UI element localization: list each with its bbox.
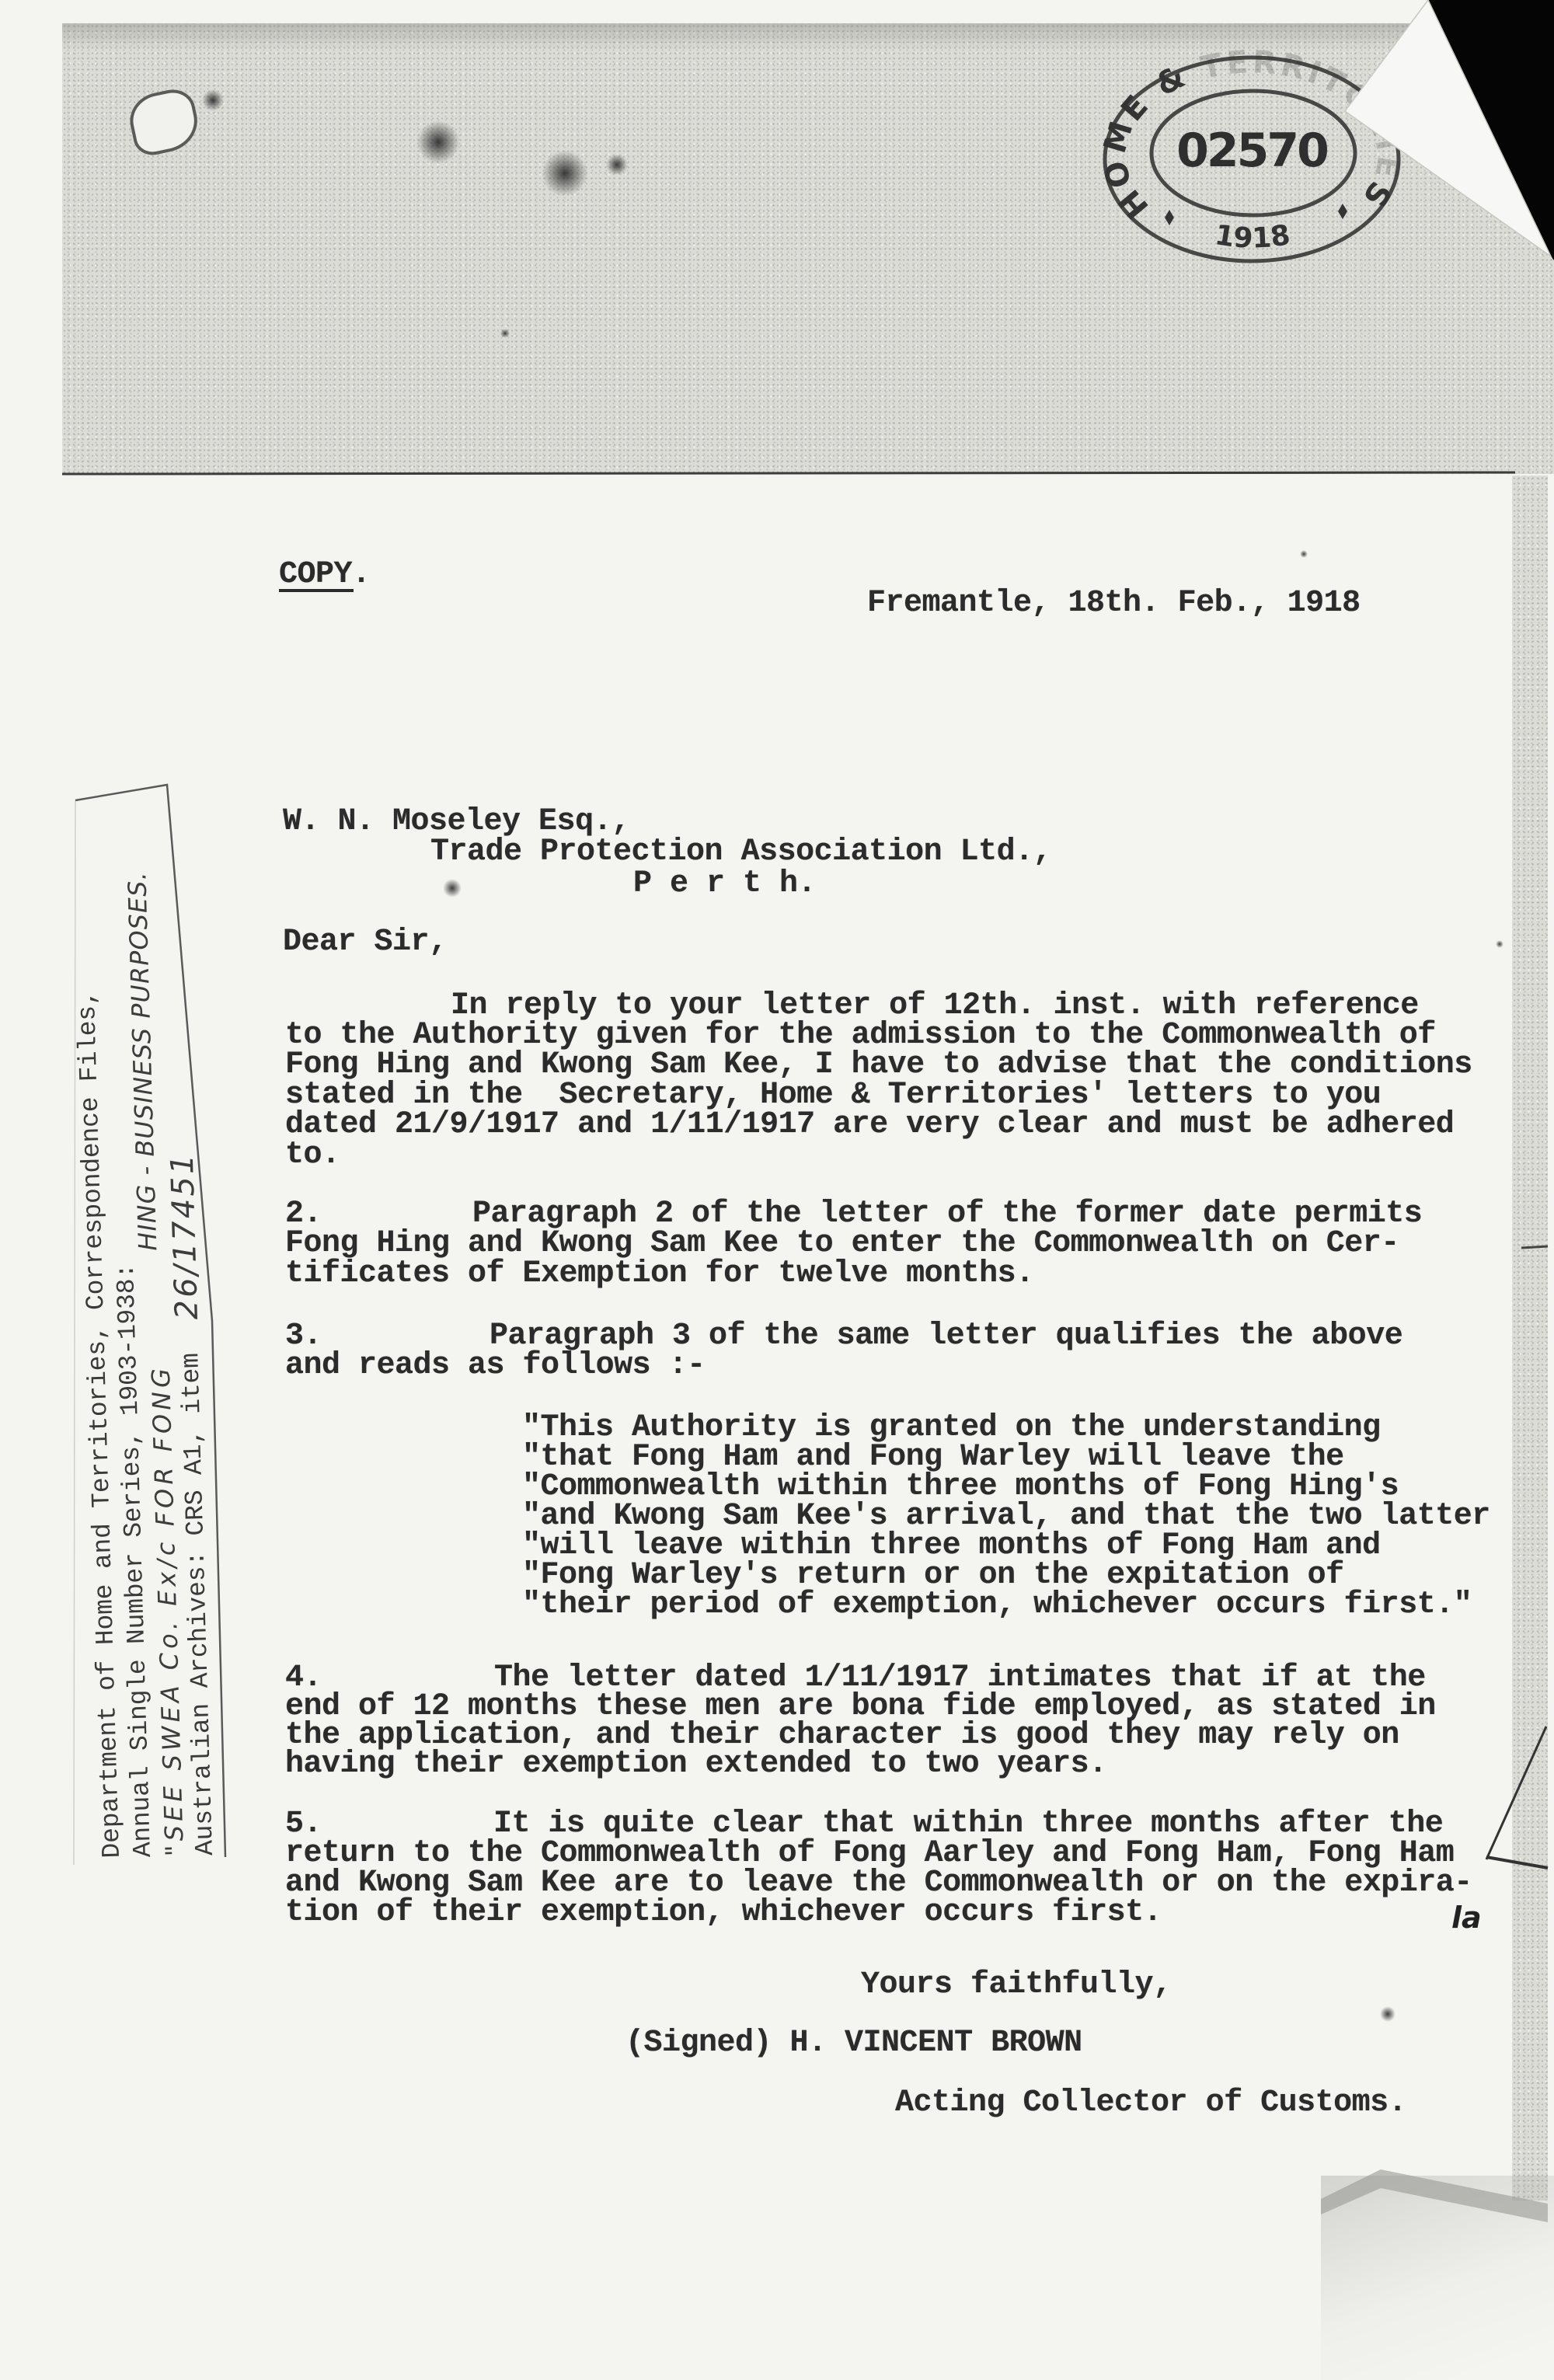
- paragraph-1-first-line: In reply to your letter of 12th. inst. w…: [451, 991, 1419, 1021]
- ink-spot: [1496, 940, 1503, 948]
- ink-spot: [606, 154, 628, 176]
- page-edge-shadow: [1512, 476, 1548, 2201]
- scanned-letter-page: Department of Home and Territories, Corr…: [0, 0, 1554, 2380]
- paragraph-2-body: Fong Hing and Kwong Sam Kee to enter the…: [285, 1229, 1399, 1289]
- quoted-authority: "This Authority is granted on the unders…: [522, 1413, 1490, 1620]
- paragraph-1-body: to the Authority given for the admission…: [285, 1021, 1472, 1170]
- paragraph-3-number: 3.: [285, 1322, 322, 1351]
- stamp-number: 02570: [1176, 124, 1327, 178]
- ink-spot: [1300, 550, 1308, 558]
- paragraph-5-number: 5.: [285, 1810, 322, 1839]
- copy-label: COPY.: [279, 560, 371, 590]
- ink-spot: [443, 879, 462, 897]
- ink-spot: [202, 89, 224, 111]
- handwritten-item-number: 26/17451: [167, 1152, 203, 1320]
- addressee-name: W. N. Moseley Esq.,: [283, 807, 630, 837]
- paragraph-2-number: 2.: [285, 1200, 322, 1229]
- ink-spot: [542, 150, 588, 197]
- copy-label-underline: [279, 589, 354, 592]
- registry-stamp: HOME & TERRITORIES 02570 1918: [1072, 0, 1554, 326]
- paragraph-5-first-line: It is quite clear that within three mont…: [493, 1810, 1443, 1839]
- salutation: Dear Sir,: [283, 928, 448, 957]
- ink-spot: [416, 120, 460, 164]
- handwritten-margin-mark: la: [1451, 1901, 1482, 1935]
- ink-spot: [1380, 2006, 1395, 2022]
- paragraph-3-first-line: Paragraph 3 of the same letter qualifies…: [490, 1322, 1402, 1351]
- addressee-city: P e r t h.: [633, 869, 816, 899]
- folded-corner-shadow: [1321, 2176, 1554, 2380]
- paragraph-2-first-line: Paragraph 2 of the letter of the former …: [472, 1200, 1422, 1229]
- place-date: Fremantle, 18th. Feb., 1918: [867, 589, 1361, 619]
- signature: (Signed) H. VINCENT BROWN: [625, 2029, 1082, 2058]
- paragraph-3-body: and reads as follows :-: [285, 1351, 706, 1381]
- signatory-title: Acting Collector of Customs.: [895, 2089, 1406, 2118]
- addressee-organisation: Trade Protection Association Ltd.,: [430, 838, 1051, 867]
- closing: Yours faithfully,: [861, 1971, 1172, 2000]
- paragraph-4-body: end of 12 months these men are bona fide…: [285, 1692, 1436, 1779]
- paragraph-5-body: return to the Commonwealth of Fong Aarle…: [285, 1839, 1472, 1928]
- archive-reference-label: Department of Home and Territories, Corr…: [65, 768, 228, 1859]
- handwritten-continuation: HING - BUSINESS PURPOSES.: [121, 871, 163, 1251]
- stamp-year: 1918: [1213, 219, 1293, 255]
- stamp-arc-end: S: [1356, 175, 1398, 213]
- ink-spot: [500, 329, 510, 338]
